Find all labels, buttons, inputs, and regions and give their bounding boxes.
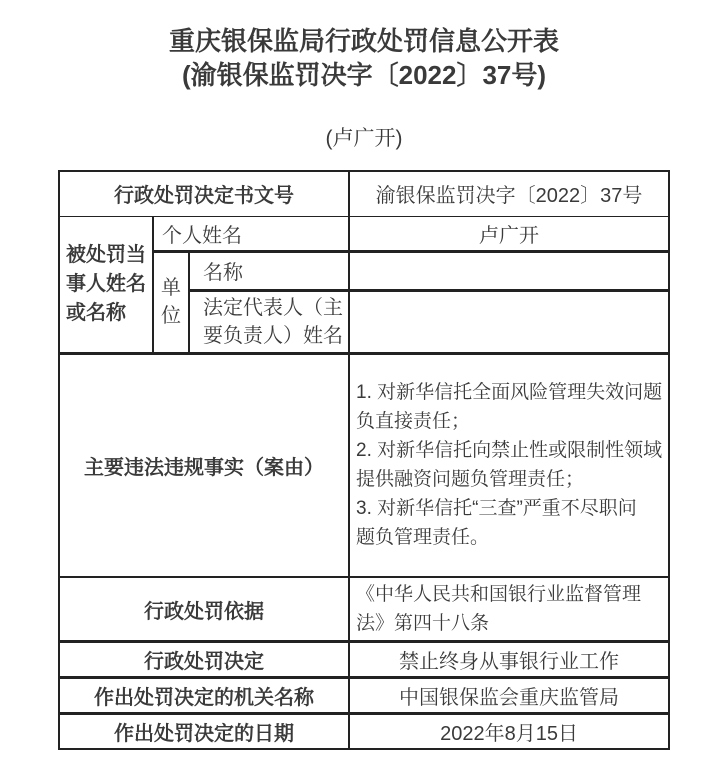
penalty-table: 行政处罚决定书文号 渝银保监罚决字〔2022〕37号 被处罚当 事人姓名 或名称…: [58, 170, 670, 750]
row-facts: 主要违法违规事实（案由） 1. 对新华信托全面风险管理失效问题 负直接责任； 2…: [59, 353, 669, 577]
basis-value: 《中华人民共和国银行业监督管理 法》第四十八条: [349, 577, 669, 642]
personal-name-label: 个人姓名: [153, 216, 349, 251]
row-decision: 行政处罚决定 禁止终身从事银行业工作: [59, 642, 669, 678]
org-label: 单 位: [153, 251, 189, 353]
legal-rep-value: [349, 290, 669, 353]
row-basis: 行政处罚依据 《中华人民共和国银行业监督管理 法》第四十八条: [59, 577, 669, 642]
case-number-subtitle: (渝银保监罚决字〔2022〕37号): [0, 58, 728, 92]
basis-label: 行政处罚依据: [59, 577, 349, 642]
party-label: 被处罚当 事人姓名 或名称: [59, 216, 153, 353]
page-title: 重庆银保监局行政处罚信息公开表: [0, 24, 728, 58]
title-block: 重庆银保监局行政处罚信息公开表 (渝银保监罚决字〔2022〕37号): [0, 0, 728, 92]
decision-label: 行政处罚决定: [59, 642, 349, 678]
authority-label: 作出处罚决定的机关名称: [59, 678, 349, 714]
document-page: 重庆银保监局行政处罚信息公开表 (渝银保监罚决字〔2022〕37号) (卢广开)…: [0, 0, 728, 750]
org-name-value: [349, 251, 669, 290]
authority-value: 中国银保监会重庆监管局: [349, 678, 669, 714]
doc-number-value: 渝银保监罚决字〔2022〕37号: [349, 171, 669, 216]
date-value: 2022年8月15日: [349, 714, 669, 750]
date-label: 作出处罚决定的日期: [59, 714, 349, 750]
row-date: 作出处罚决定的日期 2022年8月15日: [59, 714, 669, 750]
row-personal-name: 被处罚当 事人姓名 或名称 个人姓名 卢广开: [59, 216, 669, 251]
decision-value: 禁止终身从事银行业工作: [349, 642, 669, 678]
facts-value: 1. 对新华信托全面风险管理失效问题 负直接责任； 2. 对新华信托向禁止性或限…: [349, 353, 669, 577]
facts-label: 主要违法违规事实（案由）: [59, 353, 349, 577]
legal-rep-label: 法定代表人（主 要负责人）姓名: [189, 290, 349, 353]
doc-number-label: 行政处罚决定书文号: [59, 171, 349, 216]
row-doc-number: 行政处罚决定书文号 渝银保监罚决字〔2022〕37号: [59, 171, 669, 216]
subject-name: (卢广开): [0, 128, 728, 150]
org-name-label: 名称: [189, 251, 349, 290]
personal-name-value: 卢广开: [349, 216, 669, 251]
row-authority: 作出处罚决定的机关名称 中国银保监会重庆监管局: [59, 678, 669, 714]
